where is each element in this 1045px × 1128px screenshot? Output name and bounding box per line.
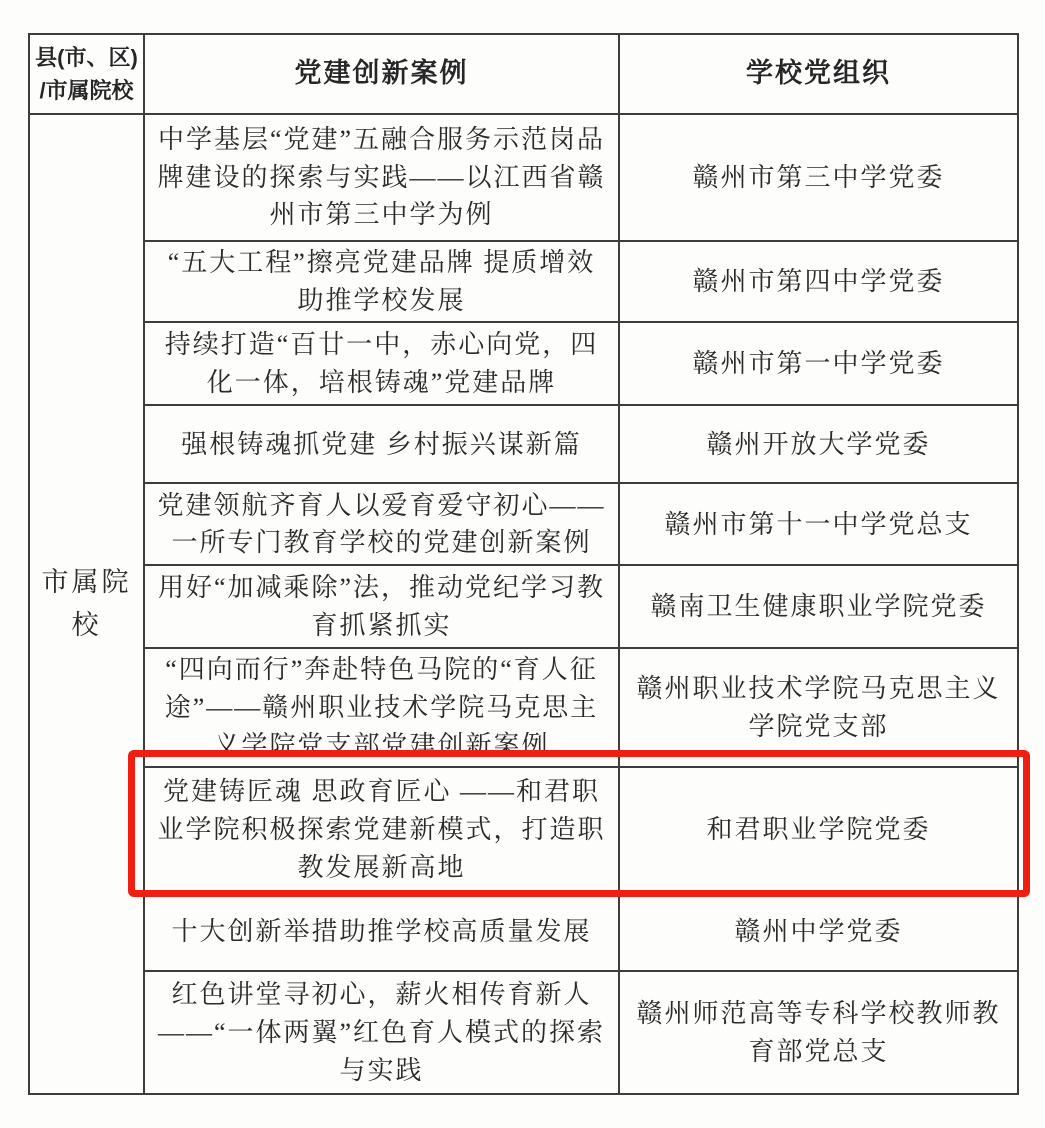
table-row: 市属院 校 中学基层“党建”五融合服务示范岗品牌建设的探索与实践——以江西省赣州… — [29, 114, 1018, 241]
org-cell: 赣州职业技术学院马克思主义学院党支部 — [619, 648, 1018, 767]
table-row: 红色讲堂寻初心，薪火相传育新人——“一体两翼”红色育人模式的探索与实践 赣州师范… — [29, 971, 1018, 1094]
case-cell: 党建铸匠魂 思政育匠心 ——和君职业学院积极探索党建新模式，打造职教发展新高地 — [144, 767, 619, 892]
org-cell: 赣州开放大学党委 — [619, 405, 1018, 483]
org-cell: 赣州市第十一中学党总支 — [619, 483, 1018, 565]
org-cell: 赣南卫生健康职业学院党委 — [619, 565, 1018, 648]
org-cell: 和君职业学院党委 — [619, 767, 1018, 892]
scanned-document-page: 县(市、区) /市属院校 党建创新案例 学校党组织 市属院 校 中学基层“党建”… — [0, 0, 1045, 1128]
table-row: 持续打造“百廿一中，赤心向党，四化一体，培根铸魂”党建品牌 赣州市第一中学党委 — [29, 322, 1018, 405]
case-cell: 用好“加减乘除”法，推动党纪学习教育抓紧抓实 — [144, 565, 619, 648]
case-cell: 强根铸魂抓党建 乡村振兴谋新篇 — [144, 405, 619, 483]
table-header-row: 县(市、区) /市属院校 党建创新案例 学校党组织 — [29, 34, 1018, 114]
case-cell: 党建领航齐育人以爱育爱守初心——一所专门教育学校的党建创新案例 — [144, 483, 619, 565]
org-cell: 赣州师范高等专科学校教师教育部党总支 — [619, 971, 1018, 1094]
table-row: 强根铸魂抓党建 乡村振兴谋新篇 赣州开放大学党委 — [29, 405, 1018, 483]
header-case-title: 党建创新案例 — [144, 34, 619, 114]
table-row: 党建领航齐育人以爱育爱守初心——一所专门教育学校的党建创新案例 赣州市第十一中学… — [29, 483, 1018, 565]
case-cell: 持续打造“百廿一中，赤心向党，四化一体，培根铸魂”党建品牌 — [144, 322, 619, 405]
table-row-highlighted: 党建铸匠魂 思政育匠心 ——和君职业学院积极探索党建新模式，打造职教发展新高地 … — [29, 767, 1018, 892]
org-cell: 赣州中学党委 — [619, 892, 1018, 971]
org-cell: 赣州市第三中学党委 — [619, 114, 1018, 241]
table-row: “五大工程”擦亮党建品牌 提质增效助推学校发展 赣州市第四中学党委 — [29, 241, 1018, 322]
case-cell: “四向而行”奔赴特色马院的“育人征途”——赣州职业技术学院马克思主义学院党支部党… — [144, 648, 619, 767]
party-building-cases-table: 县(市、区) /市属院校 党建创新案例 学校党组织 市属院 校 中学基层“党建”… — [28, 33, 1019, 1095]
table-row: “四向而行”奔赴特色马院的“育人征途”——赣州职业技术学院马克思主义学院党支部党… — [29, 648, 1018, 767]
header-county-or-institution: 县(市、区) /市属院校 — [29, 34, 144, 114]
case-cell: 红色讲堂寻初心，薪火相传育新人——“一体两翼”红色育人模式的探索与实践 — [144, 971, 619, 1094]
org-cell: 赣州市第四中学党委 — [619, 241, 1018, 322]
case-cell: 中学基层“党建”五融合服务示范岗品牌建设的探索与实践——以江西省赣州市第三中学为… — [144, 114, 619, 241]
table-row: 用好“加减乘除”法，推动党纪学习教育抓紧抓实 赣南卫生健康职业学院党委 — [29, 565, 1018, 648]
header-school-party-org: 学校党组织 — [619, 34, 1018, 114]
case-cell: 十大创新举措助推学校高质量发展 — [144, 892, 619, 971]
group-label-municipal-institutions: 市属院 校 — [29, 114, 144, 1094]
org-cell: 赣州市第一中学党委 — [619, 322, 1018, 405]
case-cell: “五大工程”擦亮党建品牌 提质增效助推学校发展 — [144, 241, 619, 322]
table-row: 十大创新举措助推学校高质量发展 赣州中学党委 — [29, 892, 1018, 971]
